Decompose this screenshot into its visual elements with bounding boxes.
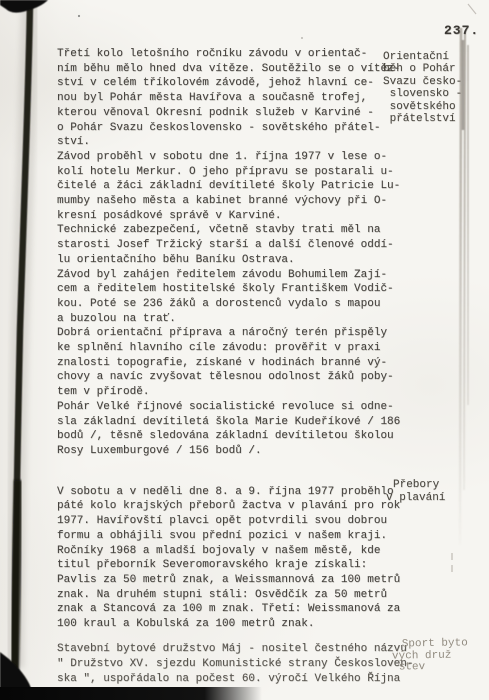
margin-note-swimming: Přebory v plavání: [386, 479, 445, 505]
paragraph-orienteering-intro: Třetí kolo letošního ročníku závodu v or…: [57, 47, 413, 150]
bottom-wedge: [0, 652, 31, 688]
margin-note-coop-sport: Sport byto vých druž stev: [392, 638, 469, 674]
main-text-column: Třetí kolo letošního ročníku závodu v or…: [57, 47, 413, 687]
paragraph-housing-coop: Stavební bytové družstvo Máj - nositel č…: [57, 642, 413, 688]
margin-note-orienteering-cup: Orientační běh o Pohár Svazu česko- slov…: [383, 51, 462, 125]
top-corner-blob: [0, 0, 48, 13]
binding-shadow-left: [0, 0, 48, 688]
paragraph-race-day: Závod proběhl v sobotu dne 1. října 1977…: [57, 150, 413, 224]
page-number: 237.: [444, 23, 479, 38]
paragraph-race-start: Závod byl zahájen ředitelem závodu Bohum…: [57, 268, 413, 327]
paragraph-race-results: Pohár Velké říjnové socialistické revolu…: [57, 400, 413, 459]
bottom-scan-bar: [0, 687, 262, 700]
paragraph-race-goal: Dobrá orientační příprava a náročný teré…: [57, 326, 413, 400]
paragraph-swimming: V sobotu a v neděli dne 8. a 9. října 19…: [57, 485, 413, 632]
paragraph-technical-team: Technické zabezpečení, včetně stavby tra…: [57, 223, 413, 267]
scanned-page: 237. Třetí kolo letošního ročníku závodu…: [0, 0, 489, 700]
